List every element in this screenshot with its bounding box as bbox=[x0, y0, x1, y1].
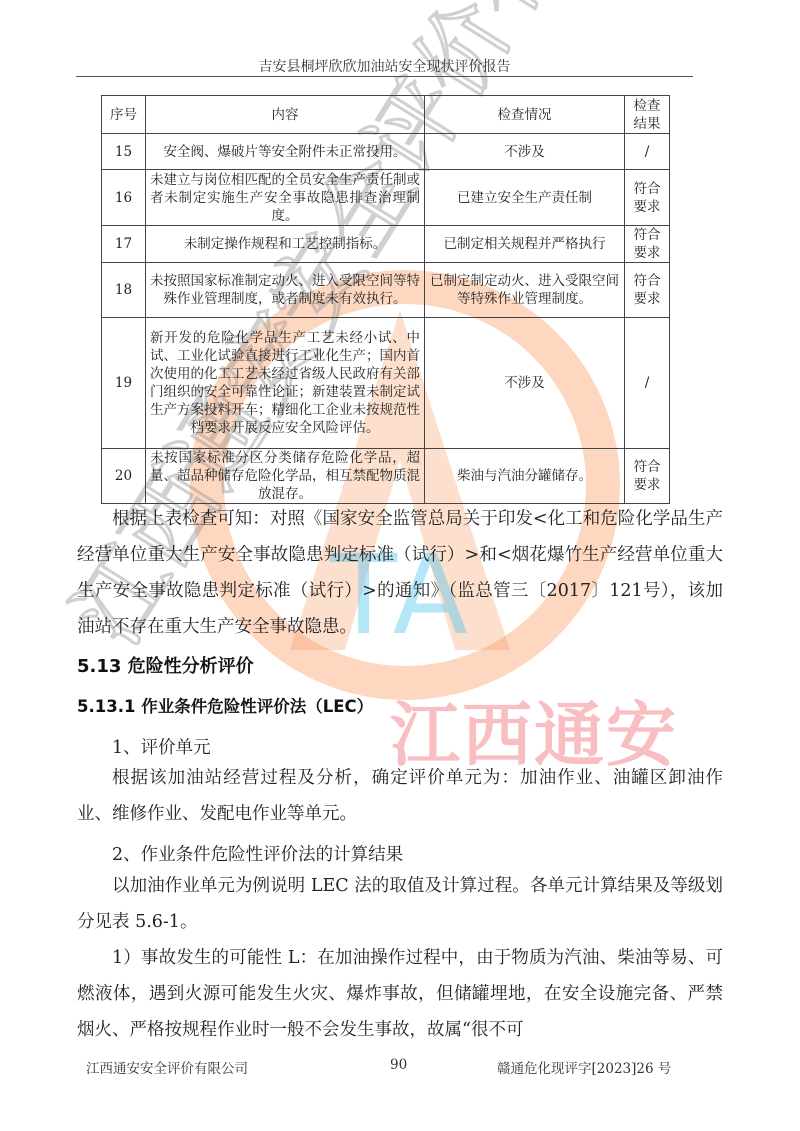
cell-status: 不涉及 bbox=[425, 134, 625, 170]
column-header-content: 内容 bbox=[146, 96, 425, 134]
cell-status: 不涉及 bbox=[425, 318, 625, 449]
cell-result: 符合要求 bbox=[625, 226, 670, 263]
cell-result: 符合要求 bbox=[625, 170, 670, 226]
column-header-result: 检查 结果 bbox=[625, 96, 670, 134]
table-row: 18 未按照国家标准制定动火、进入受限空间等特殊作业管理制度，或者制度未有效执行… bbox=[102, 263, 670, 318]
inspection-table: 序号 内容 检查情况 检查 结果 15 安全阀、爆破片等安全附件未正常投用。 不… bbox=[101, 95, 670, 504]
cell-no: 20 bbox=[102, 449, 146, 504]
column-header-result-line2: 结果 bbox=[634, 116, 661, 132]
header-divider bbox=[76, 76, 693, 77]
cell-content: 未制定操作规程和工艺控制指标。 bbox=[146, 226, 425, 263]
cell-content: 未建立与岗位相匹配的全员安全生产责任制或者未制定实施生产安全事故隐患排查治理制度… bbox=[146, 170, 425, 226]
section-heading: 5.13 危险性分析评价 bbox=[77, 652, 254, 678]
cell-result: / bbox=[625, 318, 670, 449]
cell-no: 19 bbox=[102, 318, 146, 449]
table-row: 19 新开发的危险化学品生产工艺未经小试、中试、工业化试验直接进行工业化生产；国… bbox=[102, 318, 670, 449]
cell-content: 新开发的危险化学品生产工艺未经小试、中试、工业化试验直接进行工业化生产；国内首次… bbox=[146, 318, 425, 449]
page-number: 90 bbox=[390, 1057, 407, 1073]
item2-paragraph: 以加油作业单元为例说明 LEC 法的取值及计算过程。各单元计算结果及等级划分见表… bbox=[77, 868, 723, 940]
column-header-no: 序号 bbox=[102, 96, 146, 134]
cell-content: 未按照国家标准制定动火、进入受限空间等特殊作业管理制度，或者制度未有效执行。 bbox=[146, 263, 425, 318]
conclusion-paragraph: 根据上表检查可知：对照《国家安全监管总局关于印发<化工和危险化学品生产经营单位重… bbox=[77, 501, 723, 645]
item1-title: 1、评价单元 bbox=[112, 734, 211, 759]
cell-result: / bbox=[625, 134, 670, 170]
cell-status: 已制定相关规程并严格执行 bbox=[425, 226, 625, 263]
footer-doc-number: 赣通危化现评字[2023]26 号 bbox=[497, 1057, 671, 1077]
cell-content: 未按国家标准分区分类储存危险化学品，超量、超品种储存危险化学品，相互禁配物质混放… bbox=[146, 449, 425, 504]
cell-content: 安全阀、爆破片等安全附件未正常投用。 bbox=[146, 134, 425, 170]
item2-title: 2、作业条件危险性评价法的计算结果 bbox=[112, 841, 403, 866]
table-row: 20 未按国家标准分区分类储存危险化学品，超量、超品种储存危险化学品，相互禁配物… bbox=[102, 449, 670, 504]
cell-result: 符合要求 bbox=[625, 449, 670, 504]
cell-no: 15 bbox=[102, 134, 146, 170]
table-header-row: 序号 内容 检查情况 检查 结果 bbox=[102, 96, 670, 134]
cell-status: 已制定制定动火、进入受限空间等特殊作业管理制度。 bbox=[425, 263, 625, 318]
running-header: 吉安县桐坪欣欣加油站安全现状评价报告 bbox=[76, 56, 693, 76]
cell-result: 符合要求 bbox=[625, 263, 670, 318]
cell-no: 17 bbox=[102, 226, 146, 263]
column-header-result-line1: 检查 bbox=[634, 98, 661, 114]
table-row: 16 未建立与岗位相匹配的全员安全生产责任制或者未制定实施生产安全事故隐患排查治… bbox=[102, 170, 670, 226]
subsection-heading: 5.13.1 作业条件危险性评价法（LEC） bbox=[77, 693, 373, 717]
footer-company: 江西通安安全评价有限公司 bbox=[86, 1057, 248, 1077]
cell-no: 16 bbox=[102, 170, 146, 226]
item1-paragraph: 根据该加油站经营过程及分析，确定评价单元为：加油作业、油罐区卸油作业、维修作业、… bbox=[77, 760, 723, 832]
cell-status: 已建立安全生产责任制 bbox=[425, 170, 625, 226]
table-row: 15 安全阀、爆破片等安全附件未正常投用。 不涉及 / bbox=[102, 134, 670, 170]
cell-status: 柴油与汽油分罐储存。 bbox=[425, 449, 625, 504]
table-row: 17 未制定操作规程和工艺控制指标。 已制定相关规程并严格执行 符合要求 bbox=[102, 226, 670, 263]
likelihood-paragraph: 1）事故发生的可能性 L：在加油操作过程中，由于物质为汽油、柴油等易、可燃液体，… bbox=[77, 940, 723, 1048]
document-page: TA 江西通安 江西通安安全评价有限公司 吉安县桐坪欣欣加油站安全现状评价报告 … bbox=[0, 0, 800, 1131]
column-header-status: 检查情况 bbox=[425, 96, 625, 134]
cell-no: 18 bbox=[102, 263, 146, 318]
